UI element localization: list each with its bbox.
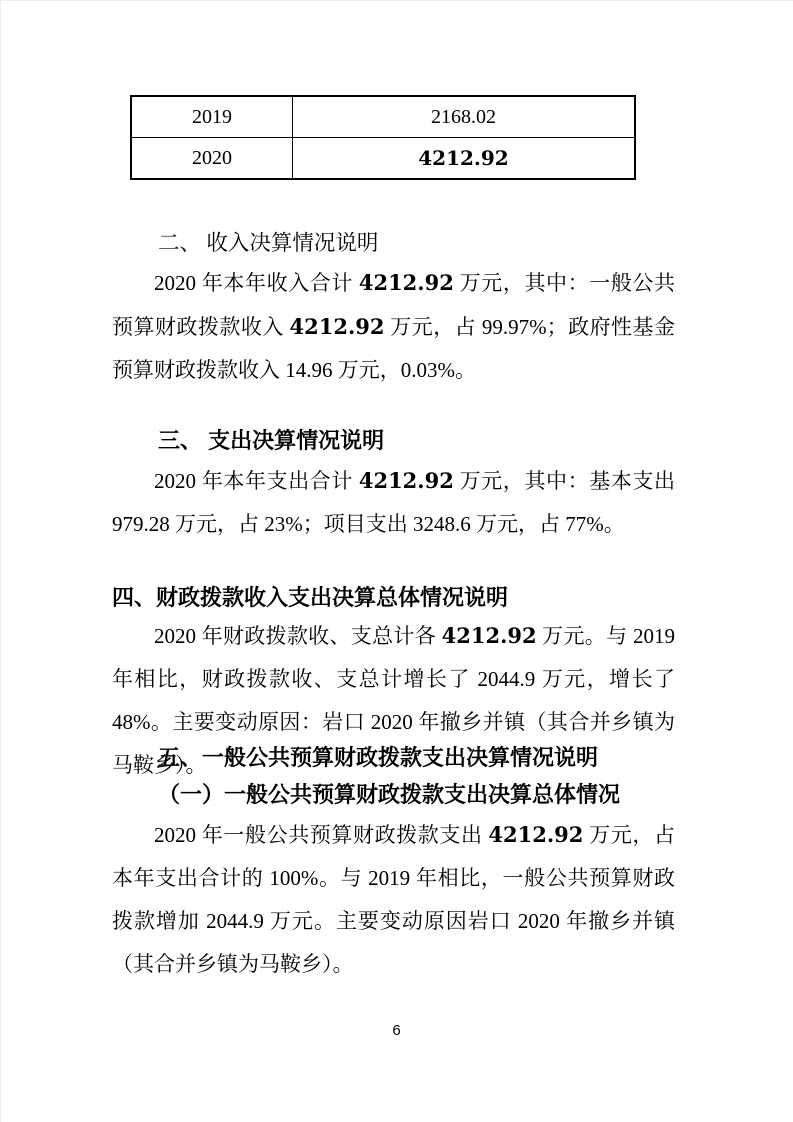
subheading-general-budget-total: （一）一般公共预算财政拨款支出决算总体情况 <box>112 779 721 810</box>
year-cell: 2019 <box>131 96 293 138</box>
year-cell: 2020 <box>131 138 293 180</box>
heading-income: 二、 收入决算情况说明 <box>112 228 721 259</box>
page-number: 6 <box>0 1022 793 1039</box>
value-cell: 4212.92 <box>293 138 636 180</box>
paragraph-expense: 2020 年本年支出合计 4212.92 万元，其中：基本支出 979.28 万… <box>112 459 675 546</box>
paragraph-income: 2020 年本年收入合计 4212.92 万元，其中：一般公共预算财政拨款收入 … <box>112 261 675 392</box>
table-row: 2020 4212.92 <box>131 138 635 180</box>
heading-general-budget: 五、一般公共预算财政拨款支出决算情况说明 <box>112 742 721 773</box>
heading-expense: 三、 支出决算情况说明 <box>112 425 721 456</box>
paragraph-general-budget: 2020 年一般公共预算财政拨款支出 4212.92 万元，占本年支出合计的 1… <box>112 813 675 986</box>
heading-fiscal-total: 四、财政拨款收入支出决算总体情况说明 <box>112 582 675 613</box>
document-page: 2019 2168.02 2020 4212.92 二、 收入决算情况说明 20… <box>0 0 793 1122</box>
budget-year-table: 2019 2168.02 2020 4212.92 <box>130 95 636 180</box>
table-row: 2019 2168.02 <box>131 96 635 138</box>
value-cell: 2168.02 <box>293 96 636 138</box>
